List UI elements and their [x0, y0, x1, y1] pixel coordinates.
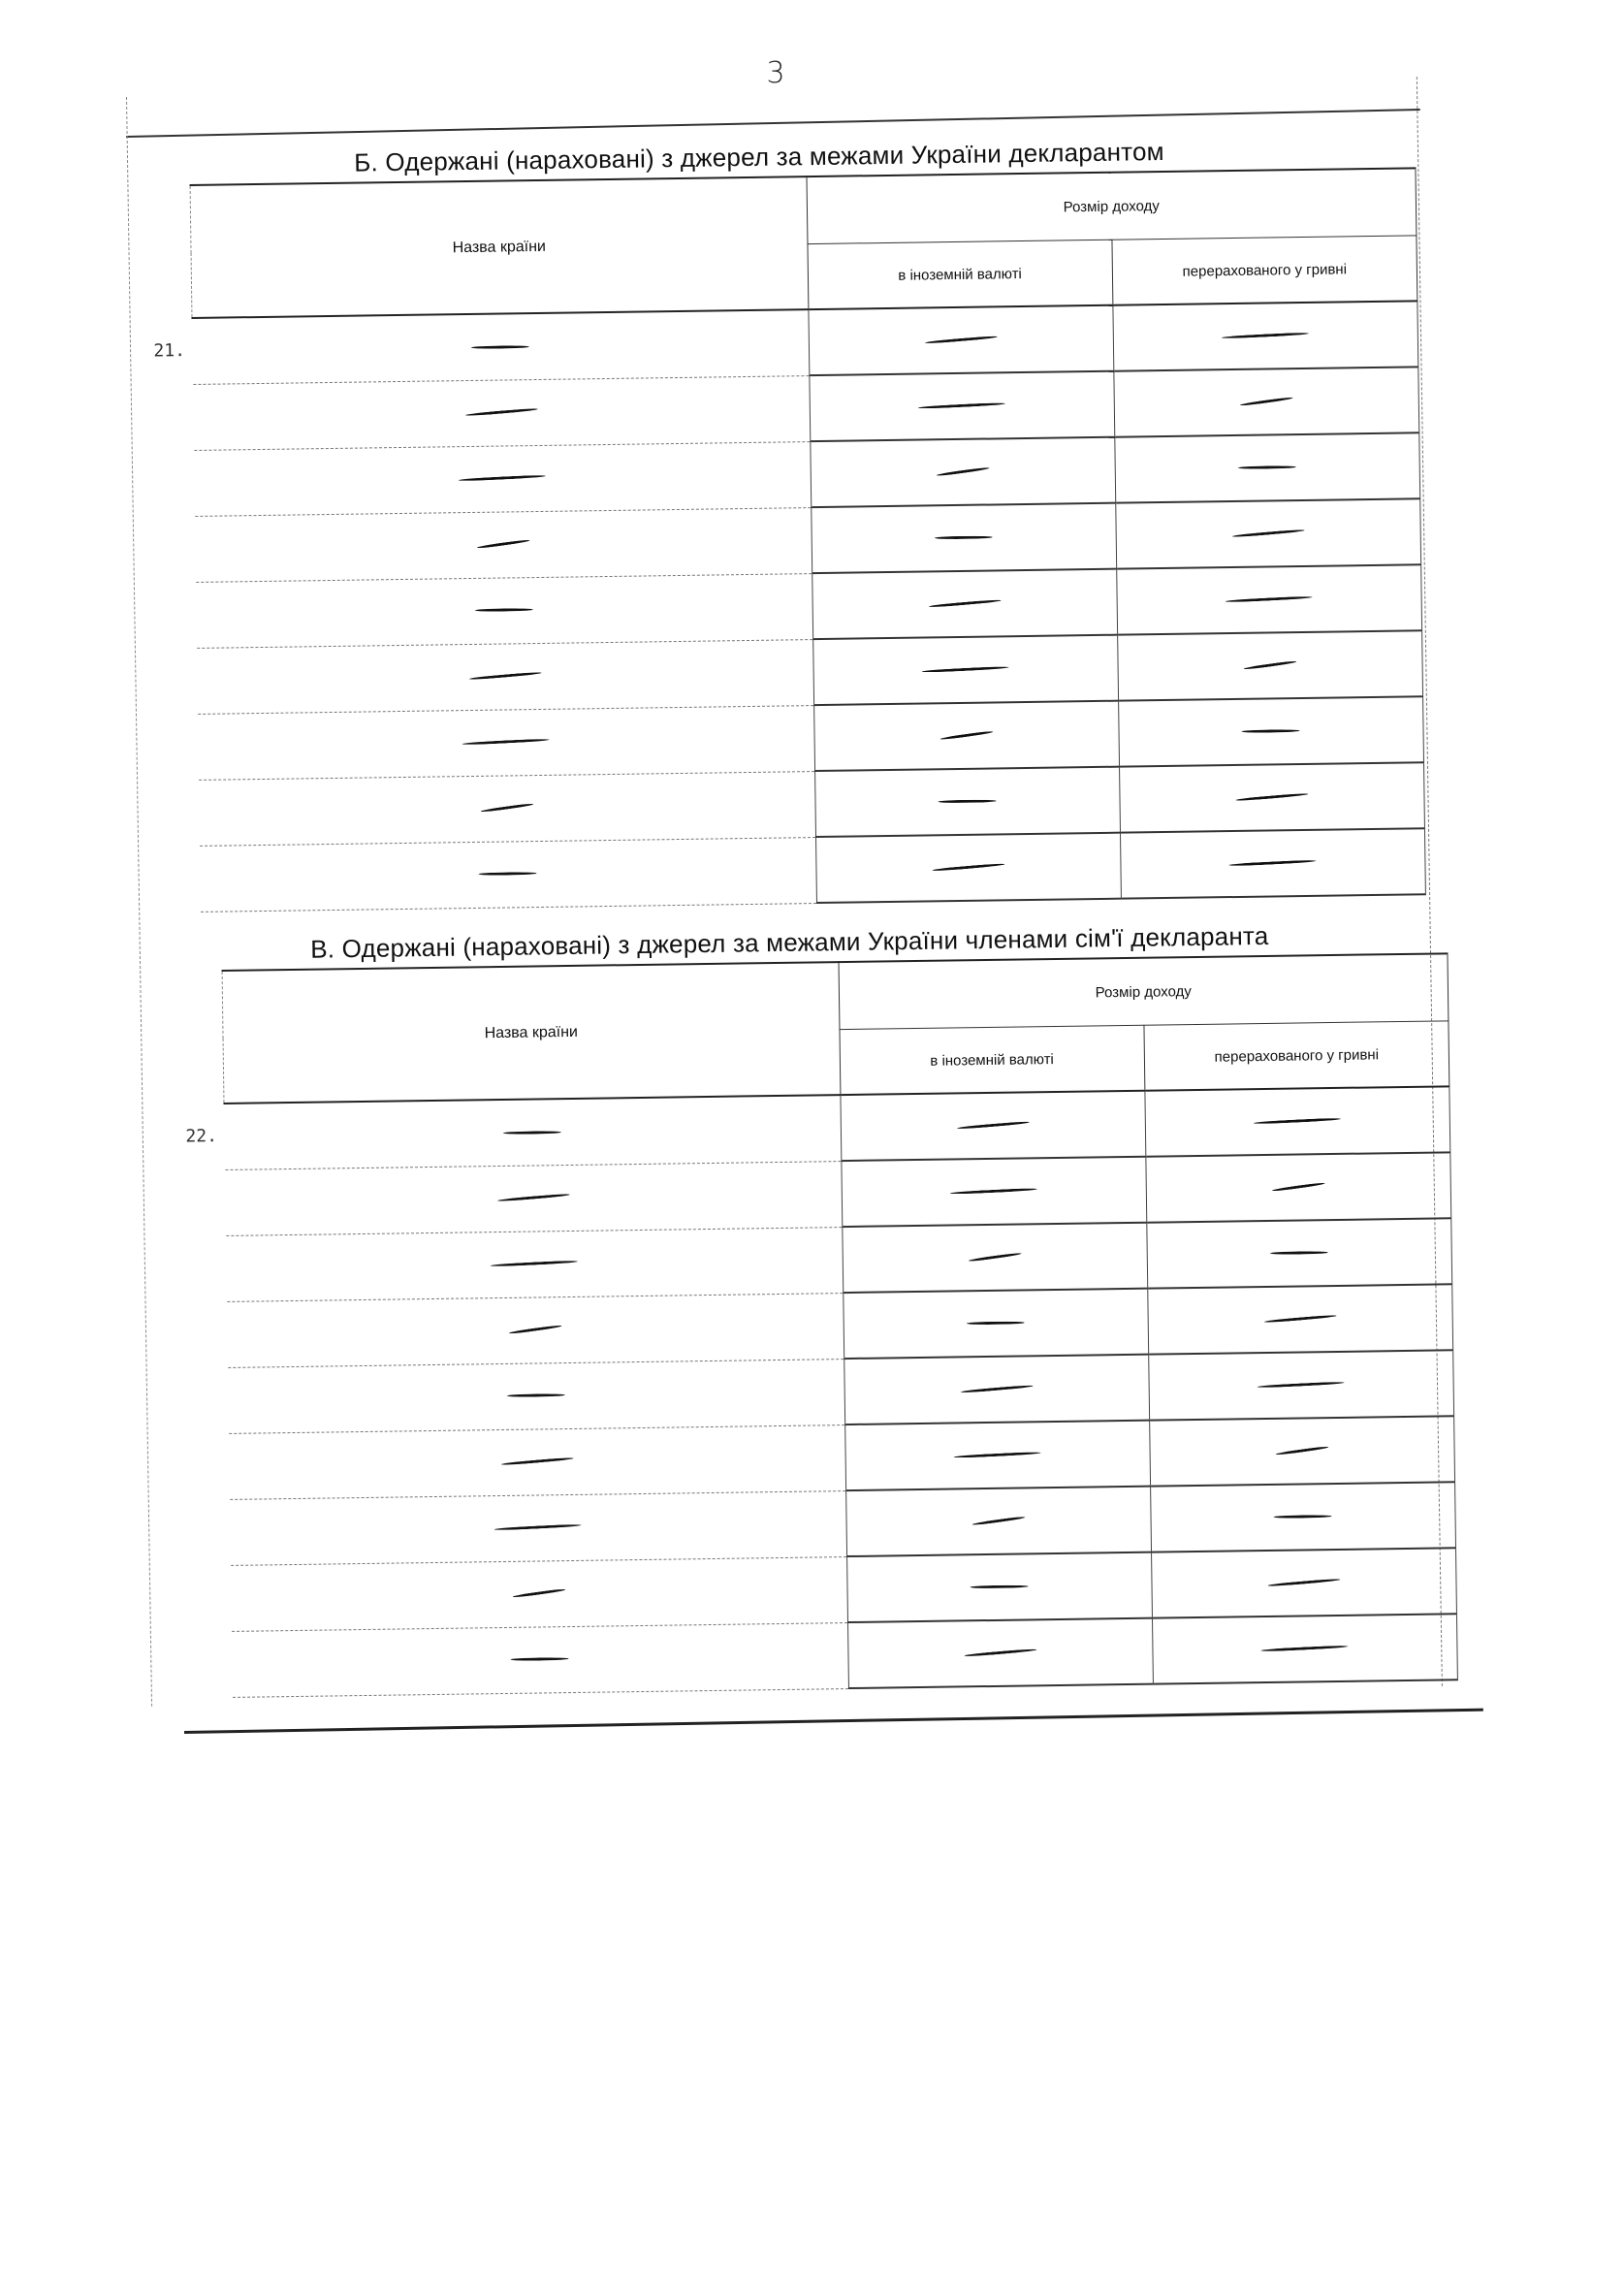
handwritten-dash — [500, 1457, 573, 1466]
cell-foreign — [812, 635, 1118, 705]
handwritten-dash — [512, 1588, 565, 1598]
handwritten-dash — [1264, 1315, 1337, 1324]
cell-foreign — [811, 503, 1116, 573]
section-v-family-foreign-income: В. Одержані (нараховані) з джерел за меж… — [221, 913, 1458, 1698]
cell-uah — [1116, 564, 1421, 634]
cell-uah — [1151, 1548, 1456, 1617]
cell-uah — [1148, 1350, 1453, 1420]
cell-foreign — [814, 767, 1120, 837]
handwritten-dash — [971, 1516, 1025, 1525]
cell-country — [200, 837, 816, 912]
handwritten-dash — [491, 1261, 578, 1267]
handwritten-dash — [1232, 529, 1305, 538]
cell-uah — [1115, 432, 1420, 502]
handwritten-dash — [939, 730, 993, 740]
handwritten-dash — [954, 1452, 1041, 1458]
cell-uah — [1113, 301, 1418, 370]
cell-uah — [1114, 367, 1419, 436]
cell-foreign — [809, 371, 1114, 441]
handwritten-dash — [1254, 1118, 1341, 1125]
cell-country — [230, 1490, 846, 1565]
cell-uah — [1147, 1218, 1452, 1288]
header-income-size: Розмір доходу — [839, 953, 1449, 1029]
handwritten-dash — [1235, 793, 1308, 802]
cell-uah — [1152, 1614, 1457, 1683]
section-v-table: Назва країни Розмір доходу в іноземній в… — [222, 952, 1458, 1698]
cell-uah — [1146, 1152, 1451, 1222]
cell-uah — [1118, 696, 1423, 766]
cell-uah — [1117, 630, 1422, 700]
handwritten-dash — [468, 672, 541, 681]
handwritten-dash — [511, 1657, 569, 1661]
cell-country — [195, 507, 812, 582]
cell-uah — [1116, 498, 1421, 568]
handwritten-dash — [932, 863, 1004, 872]
handwritten-dash — [1272, 1182, 1325, 1192]
handwritten-dash — [471, 345, 529, 349]
header-income-size: Розмір доходу — [807, 168, 1417, 243]
handwritten-dash — [1276, 1446, 1329, 1456]
cell-foreign — [847, 1618, 1153, 1688]
handwritten-dash — [1240, 397, 1293, 406]
handwritten-dash — [508, 1325, 561, 1334]
section-b-rows: 21. — [192, 301, 1425, 912]
handwritten-dash — [918, 402, 1005, 409]
bottom-rule — [184, 1709, 1483, 1734]
handwritten-dash — [494, 1524, 582, 1531]
cell-country: 22. — [224, 1095, 841, 1169]
handwritten-dash — [1258, 1382, 1345, 1389]
handwritten-dash — [936, 466, 989, 476]
cell-foreign — [810, 437, 1115, 507]
handwritten-dash — [925, 336, 998, 344]
header-country: Назва країни — [190, 176, 808, 318]
cell-country — [227, 1293, 844, 1367]
handwritten-dash — [964, 1648, 1036, 1657]
cell-foreign — [840, 1091, 1145, 1161]
cell-uah — [1119, 762, 1424, 832]
handwritten-dash — [960, 1385, 1033, 1393]
cell-country — [231, 1556, 847, 1631]
header-country: Назва країни — [222, 962, 840, 1104]
cell-uah — [1149, 1416, 1454, 1486]
cell-country — [193, 375, 810, 450]
handwritten-dash — [1229, 860, 1317, 867]
handwritten-dash — [459, 475, 546, 482]
header-uah-converted: перерахованого у гривні — [1112, 236, 1417, 305]
cell-foreign — [813, 701, 1119, 771]
cell-foreign — [812, 569, 1117, 639]
cell-foreign — [815, 833, 1121, 903]
handwritten-dash — [1274, 1515, 1332, 1519]
cell-country — [226, 1227, 843, 1301]
cell-country — [199, 771, 815, 846]
cell-uah — [1148, 1284, 1453, 1354]
handwritten-dash — [464, 408, 537, 417]
cell-uah — [1150, 1482, 1455, 1552]
section-b-declarant-foreign-income: Б. Одержані (нараховані) з джерел за меж… — [189, 128, 1426, 912]
handwritten-dash — [1226, 596, 1313, 603]
cell-country — [196, 573, 812, 648]
handwritten-dash — [939, 800, 997, 804]
cell-foreign — [843, 1289, 1148, 1359]
handwritten-dash — [1242, 729, 1300, 733]
row-number: 21. — [153, 340, 185, 361]
cell-country — [229, 1424, 845, 1499]
row-number: 22. — [185, 1126, 217, 1146]
cell-foreign — [842, 1223, 1147, 1293]
handwritten-dash — [462, 739, 550, 746]
cell-foreign — [841, 1157, 1146, 1227]
cell-foreign — [808, 305, 1113, 375]
handwritten-dash — [971, 1585, 1029, 1589]
cell-country — [198, 705, 814, 780]
cell-country — [225, 1161, 842, 1235]
handwritten-dash — [967, 1322, 1025, 1326]
handwritten-dash — [950, 1188, 1037, 1195]
cell-country — [194, 441, 811, 516]
handwritten-dash — [1270, 1251, 1328, 1255]
handwritten-dash — [496, 1194, 569, 1202]
handwritten-dash — [480, 803, 533, 813]
handwritten-dash — [1267, 1579, 1340, 1587]
cell-foreign — [845, 1487, 1151, 1556]
handwritten-dash — [475, 608, 533, 612]
cell-uah — [1145, 1086, 1450, 1156]
cell-country — [232, 1622, 848, 1697]
handwritten-dash — [922, 666, 1009, 673]
cell-country — [197, 639, 813, 714]
handwritten-dash — [1238, 465, 1296, 469]
handwritten-dash — [476, 539, 529, 549]
handwritten-dash — [957, 1121, 1030, 1130]
cell-country: 21. — [192, 309, 809, 384]
handwritten-dash — [503, 1131, 561, 1135]
handwritten-dash — [1261, 1646, 1349, 1652]
cell-country — [228, 1359, 844, 1433]
page-number: 3 — [756, 56, 795, 90]
cell-foreign — [844, 1355, 1149, 1424]
handwritten-dash — [968, 1252, 1021, 1262]
section-b-table: Назва країни Розмір доходу в іноземній в… — [190, 167, 1426, 912]
header-foreign-currency: в іноземній валюті — [808, 240, 1113, 309]
handwritten-dash — [928, 599, 1001, 608]
handwritten-dash — [479, 872, 537, 876]
handwritten-dash — [507, 1393, 565, 1397]
handwritten-dash — [935, 536, 993, 540]
handwritten-dash — [1244, 660, 1297, 670]
cell-foreign — [844, 1421, 1150, 1490]
section-v-rows: 22. — [224, 1086, 1457, 1697]
cell-foreign — [846, 1552, 1152, 1622]
cell-uah — [1120, 828, 1425, 898]
handwritten-dash — [1222, 333, 1309, 339]
header-uah-converted: перерахованого у гривні — [1144, 1021, 1449, 1091]
header-foreign-currency: в іноземній валюті — [840, 1025, 1145, 1095]
